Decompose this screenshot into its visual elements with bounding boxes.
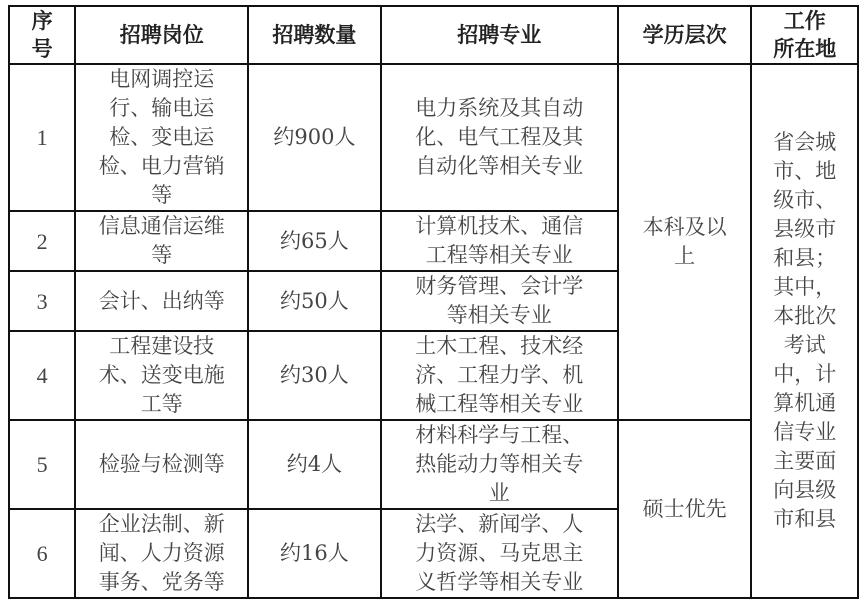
cell-index: 4 bbox=[9, 331, 75, 420]
header-location: 工作 所在地 bbox=[751, 6, 858, 64]
cell-count: 约4人 bbox=[248, 420, 381, 509]
cell-count: 约65人 bbox=[248, 211, 381, 271]
cell-major: 土木工程、技术经 济、工程力学、机 械工程等相关专业 bbox=[381, 331, 618, 420]
cell-position: 会计、出纳等 bbox=[75, 271, 248, 331]
cell-location: 省会城 市、地 级市、 县级市 和县； 其中， 本批次 考试 中，计 算机通 信… bbox=[751, 64, 858, 598]
cell-major: 材料科学与工程、 热能动力等相关专 业 bbox=[381, 420, 618, 509]
cell-education-master: 硕士优先 bbox=[618, 420, 752, 598]
cell-major: 财务管理、会计学 等相关专业 bbox=[381, 271, 618, 331]
cell-index: 6 bbox=[9, 509, 75, 598]
cell-count: 约30人 bbox=[248, 331, 381, 420]
cell-index: 1 bbox=[9, 64, 75, 211]
cell-major: 电力系统及其自动 化、电气工程及其 自动化等相关专业 bbox=[381, 64, 618, 211]
cell-major: 计算机技术、通信 工程等相关专业 bbox=[381, 211, 618, 271]
cell-education-bachelor: 本科及以 上 bbox=[618, 64, 752, 420]
cell-position: 工程建设技 术、送变电施 工等 bbox=[75, 331, 248, 420]
table-row: 5 检验与检测等 约4人 材料科学与工程、 热能动力等相关专 业 硕士优先 bbox=[9, 420, 858, 509]
table-row: 1 电网调控运 行、输电运 检、变电运 检、电力营销 等 约900人 电力系统及… bbox=[9, 64, 858, 211]
cell-position: 信息通信运维 等 bbox=[75, 211, 248, 271]
cell-count: 约16人 bbox=[248, 509, 381, 598]
cell-position: 电网调控运 行、输电运 检、变电运 检、电力营销 等 bbox=[75, 64, 248, 211]
header-count: 招聘数量 bbox=[248, 6, 381, 64]
cell-count: 约900人 bbox=[248, 64, 381, 211]
header-education: 学历层次 bbox=[618, 6, 752, 64]
cell-position: 企业法制、新 闻、人力资源 事务、党务等 bbox=[75, 509, 248, 598]
cell-count: 约50人 bbox=[248, 271, 381, 331]
header-position: 招聘岗位 bbox=[75, 6, 248, 64]
cell-index: 3 bbox=[9, 271, 75, 331]
cell-major: 法学、新闻学、人 力资源、马克思主 义哲学等相关专业 bbox=[381, 509, 618, 598]
cell-index: 2 bbox=[9, 211, 75, 271]
cell-index: 5 bbox=[9, 420, 75, 509]
table-header-row: 序 号 招聘岗位 招聘数量 招聘专业 学历层次 工作 所在地 bbox=[9, 6, 858, 64]
recruitment-table: 序 号 招聘岗位 招聘数量 招聘专业 学历层次 工作 所在地 1 电网调控运 行… bbox=[8, 5, 859, 599]
cell-position: 检验与检测等 bbox=[75, 420, 248, 509]
header-index: 序 号 bbox=[9, 6, 75, 64]
header-major: 招聘专业 bbox=[381, 6, 618, 64]
